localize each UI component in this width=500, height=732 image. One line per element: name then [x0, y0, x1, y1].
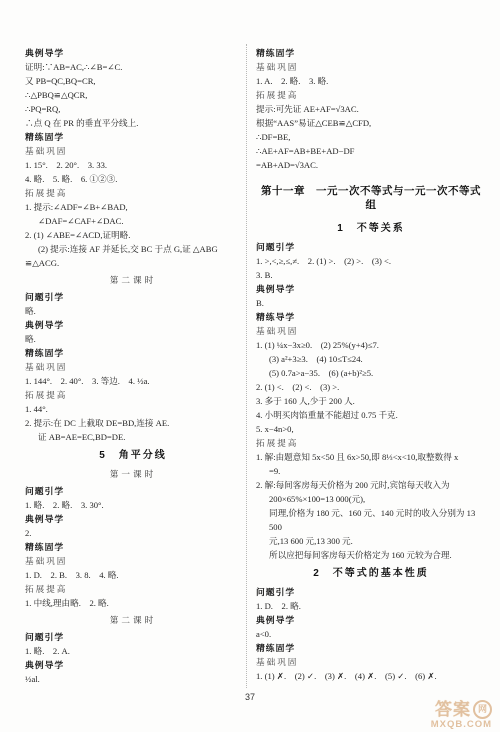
answer-line: (5) 0.7a>a−35. (6) (a+b)²≥5.: [256, 366, 486, 380]
section-header: 问题引学: [256, 585, 486, 599]
answer-line: ∠DAF=∠CAF+∠DAC.: [25, 214, 241, 228]
section-title: 5 角平分线: [25, 449, 241, 463]
answer-line: ∴AE+AF=AB+BE+AD−DF: [256, 144, 486, 158]
answer-line: 1. 中线,理由略. 2. 略.: [25, 596, 241, 610]
answer-line: B.: [256, 296, 486, 310]
subsection-header: 基础巩固: [25, 144, 241, 158]
section-title: 1 不等关系: [256, 222, 486, 236]
lesson-heading: 第一课时: [25, 467, 241, 481]
column-divider: [246, 44, 247, 688]
answer-line: 2.: [25, 526, 241, 540]
answer-line: 同理,价格为 180 元、160 元、140 元时的收入分别为 13 500: [256, 506, 486, 534]
section-header: 典例导学: [256, 282, 486, 296]
section-header: 精练固学: [256, 46, 486, 60]
answer-line: ∴点 Q 在 PR 的垂直平分线上.: [25, 116, 241, 130]
answer-line: 1. >,<,≥,≤,≠. 2. (1) >. (2) >. (3) <.: [256, 254, 486, 268]
answer-line: 略.: [25, 332, 241, 346]
subsection-header: 拓展提高: [25, 582, 241, 596]
answer-line: a<0.: [256, 627, 486, 641]
lesson-heading: 第二课时: [25, 273, 241, 287]
answer-line: 1. 提示:∠ADF=∠B+∠BAD,: [25, 200, 241, 214]
subsection-header: 拓展提高: [256, 88, 486, 102]
section-header: 问题引学: [256, 240, 486, 254]
chapter-title: 第十一章 一元一次不等式与一元一次不等式组: [256, 184, 486, 212]
answer-line: ∴DF=BE,: [256, 130, 486, 144]
answer-line: 4. 略. 5. 略. 6. ①②③.: [25, 172, 241, 186]
section-header: 问题引学: [25, 290, 241, 304]
watermark-brand-text: 答案: [435, 701, 471, 719]
answer-line: 提示:可先证 AE+AF=√3AC.: [256, 102, 486, 116]
answer-line: ≌△ACG.: [25, 256, 241, 270]
answer-line: 1. 15°. 2. 20°. 3. 33.: [25, 158, 241, 172]
subsection-header: 基础巩固: [25, 554, 241, 568]
answer-line: =AB+AD=√3AC.: [256, 158, 486, 172]
answer-line: 1. 略. 2. A.: [25, 644, 241, 658]
subsection-header: 拓展提高: [25, 186, 241, 200]
answer-book-page: 典例导学证明:∵AB=AC,∴∠B=∠C.又 PB=QC,BQ=CR,∴△PBQ…: [0, 0, 500, 732]
answer-line: ½al.: [25, 672, 241, 686]
section-title: 2 不等式的基本性质: [256, 567, 486, 581]
answer-line: =9.: [256, 464, 486, 478]
lesson-heading: 第二课时: [25, 613, 241, 627]
answer-line: ∴△PBQ≌△QCR,: [25, 88, 241, 102]
answer-line: 1. D. 2. 略.: [256, 599, 486, 613]
left-column: 典例导学证明:∵AB=AC,∴∠B=∠C.又 PB=QC,BQ=CR,∴△PBQ…: [25, 46, 241, 686]
section-header: 典例导学: [25, 658, 241, 672]
answer-line: 1. A. 2. 略. 3. 略.: [256, 74, 486, 88]
answer-line: 1. 略. 2. 略. 3. 30°.: [25, 498, 241, 512]
section-header: 精练固学: [25, 346, 241, 360]
subsection-header: 基础巩固: [256, 324, 486, 338]
subsection-header: 拓展提高: [256, 436, 486, 450]
answer-line: 2. 解:每间客房每天价格为 200 元时,宾馆每天收入为: [256, 478, 486, 492]
answer-line: (2) 提示:连接 AF 并延长,交 BC 于点 G,证 △ABG: [25, 242, 241, 256]
answer-line: 200×65%×100=13 000(元),: [256, 492, 486, 506]
section-header: 问题引学: [25, 484, 241, 498]
subsection-header: 基础巩固: [256, 60, 486, 74]
answer-line: 1. (1) ✗. (2) ✓. (3) ✗. (4) ✗. (5) ✓. (6…: [256, 669, 486, 683]
answer-line: 2. 提示:在 DC 上截取 DE=BD,连接 AE.: [25, 416, 241, 430]
answer-line: 3. B.: [256, 268, 486, 282]
watermark-logo-icon: 网: [473, 700, 492, 719]
answer-line: 1. 44°.: [25, 402, 241, 416]
section-header: 典例导学: [25, 46, 241, 60]
right-column: 精练固学基础巩固1. A. 2. 略. 3. 略.拓展提高提示:可先证 AE+A…: [256, 46, 486, 683]
section-header: 精练导学: [256, 310, 486, 324]
answer-line: 根据“AAS”易证△CEB≌△CFD,: [256, 116, 486, 130]
answer-line: 1. 144°. 2. 40°. 3. 等边. 4. ½a.: [25, 374, 241, 388]
answer-line: 1. 解:由题意知 5x<50 且 6x>50,即 8⅓<x<10,取整数得 x: [256, 450, 486, 464]
section-header: 典例导学: [256, 613, 486, 627]
answer-line: 略.: [25, 304, 241, 318]
answer-line: 5. x−4n>0,: [256, 422, 486, 436]
answer-line: 元,13 600 元,13 300 元.: [256, 534, 486, 548]
section-header: 精练固学: [256, 641, 486, 655]
section-header: 问题引学: [25, 630, 241, 644]
subsection-header: 拓展提高: [25, 388, 241, 402]
answer-line: 又 PB=QC,BQ=CR,: [25, 74, 241, 88]
section-header: 精练固学: [25, 540, 241, 554]
answer-line: (3) a²+3≥3. (4) 10≤T≤24.: [256, 352, 486, 366]
answer-line: 1. (1) ¼x−3x≥0. (2) 25%(y+4)≤7.: [256, 338, 486, 352]
answer-line: 3. 多于 160 人,少于 200 人.: [256, 394, 486, 408]
answer-line: 4. 小明买肉馅重量不能超过 0.75 千克.: [256, 408, 486, 422]
section-header: 精练固学: [25, 130, 241, 144]
answer-line: 证 AB=AE=EC,BD=DE.: [25, 430, 241, 444]
answer-line: 所以应把每间客房每天价格定为 160 元较为合理.: [256, 548, 486, 562]
page-number: 37: [0, 692, 500, 702]
section-header: 典例导学: [25, 318, 241, 332]
watermark: 答案网 MXQB.COM: [431, 700, 492, 730]
subsection-header: 基础巩固: [256, 655, 486, 669]
watermark-site-text: MXQB.COM: [431, 720, 492, 730]
subsection-header: 基础巩固: [25, 360, 241, 374]
section-header: 典例导学: [25, 512, 241, 526]
answer-line: 2. (1) ∠ABE=∠ACD,证明略.: [25, 228, 241, 242]
answer-line: 2. (1) <. (2) <. (3) >.: [256, 380, 486, 394]
answer-line: 1. D. 2. B. 3. 8. 4. 略.: [25, 568, 241, 582]
answer-line: 证明:∵AB=AC,∴∠B=∠C.: [25, 60, 241, 74]
answer-line: ∴PQ=RQ,: [25, 102, 241, 116]
